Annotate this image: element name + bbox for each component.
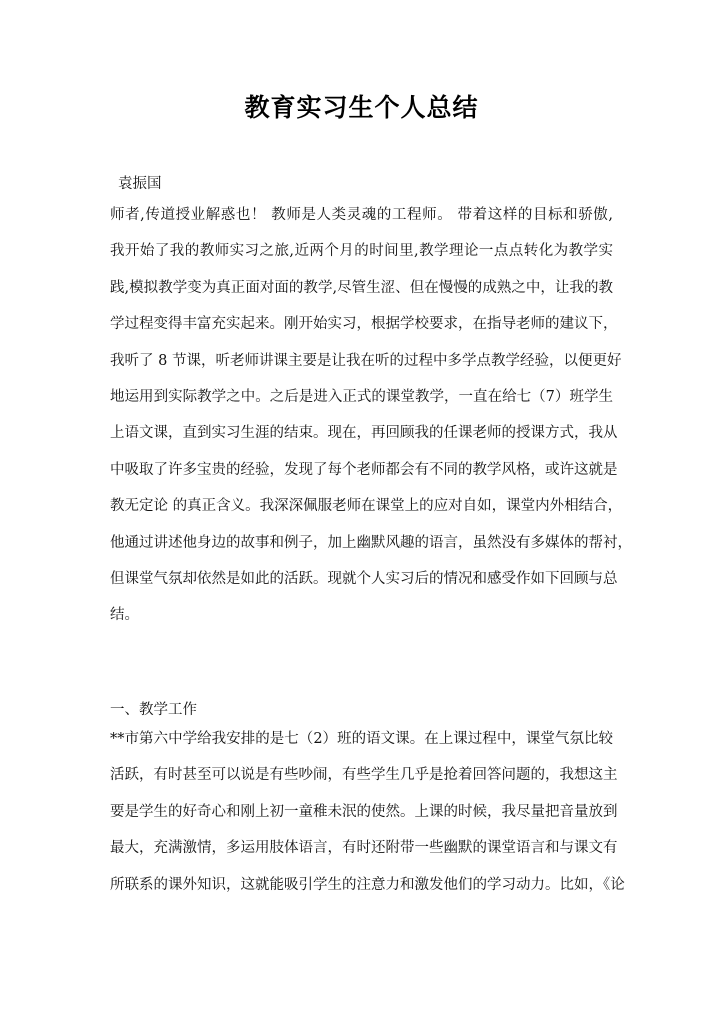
document-title: 教育实习生个人总结 bbox=[110, 88, 613, 124]
paragraph-line: 我开始了我的教师实习之旅,近两个月的时间里,教学理论一点点转化为教学实 bbox=[110, 233, 613, 269]
paragraph-line: 学过程变得丰富充实起来。刚开始实习，根据学校要求，在指导老师的建议下， bbox=[110, 306, 613, 342]
paragraph-line: 最大，充满激情，多运用肢体语言，有时还附带一些幽默的课堂语言和与课文有 bbox=[110, 830, 613, 866]
intro-paragraph: 师者,传道授业解惑也！ 教师是人类灵魂的工程师。 带着这样的目标和骄傲, 我开始… bbox=[110, 197, 613, 634]
paragraph-line: 地运用到实际教学之中。之后是进入正式的课堂教学，一直在给七（7）班学生 bbox=[110, 379, 613, 415]
paragraph-line: 中吸取了许多宝贵的经验，发现了每个老师都会有不同的教学风格，或许这就是 bbox=[110, 452, 613, 488]
paragraph-line: 践,模拟教学变为真正面对面的教学,尽管生涩、但在慢慢的成熟之中，让我的教 bbox=[110, 270, 613, 306]
section-heading: 一、教学工作 bbox=[110, 700, 197, 720]
paragraph-line: 要是学生的好奇心和刚上初一童稚未泯的使然。上课的时候，我尽量把音量放到 bbox=[110, 794, 613, 830]
paragraph-line: 活跃，有时甚至可以说是有些吵闹，有些学生几乎是抢着回答问题的，我想这主 bbox=[110, 757, 613, 793]
author-name: 袁振国 bbox=[118, 174, 162, 194]
paragraph-line: 但课堂气氛却依然是如此的活跃。现就个人实习后的情况和感受作如下回顾与总 bbox=[110, 561, 613, 597]
paragraph-line: 所联系的课外知识，这就能吸引学生的注意力和激发他们的学习动力。比如，《论 bbox=[110, 867, 613, 903]
paragraph-line: 上语文课，直到实习生涯的结束。现在，再回顾我的任课老师的授课方式，我从 bbox=[110, 415, 613, 451]
paragraph-line: **市第六中学给我安排的是七（2）班的语文课。在上课过程中，课堂气氛比较 bbox=[110, 721, 613, 757]
paragraph-line: 师者,传道授业解惑也！ 教师是人类灵魂的工程师。 带着这样的目标和骄傲, bbox=[110, 197, 613, 233]
paragraph-line: 他通过讲述他身边的故事和例子，加上幽默风趣的语言，虽然没有多媒体的帮衬， bbox=[110, 525, 613, 561]
paragraph-line: 我听了 8 节课，听老师讲课主要是让我在听的过程中多学点教学经验，以便更好 bbox=[110, 343, 613, 379]
paragraph-line: 结。 bbox=[110, 597, 613, 633]
paragraph-line: 教无定论 的真正含义。我深深佩服老师在课堂上的应对自如，课堂内外相结合， bbox=[110, 488, 613, 524]
section-paragraph: **市第六中学给我安排的是七（2）班的语文课。在上课过程中，课堂气氛比较 活跃，… bbox=[110, 721, 613, 903]
